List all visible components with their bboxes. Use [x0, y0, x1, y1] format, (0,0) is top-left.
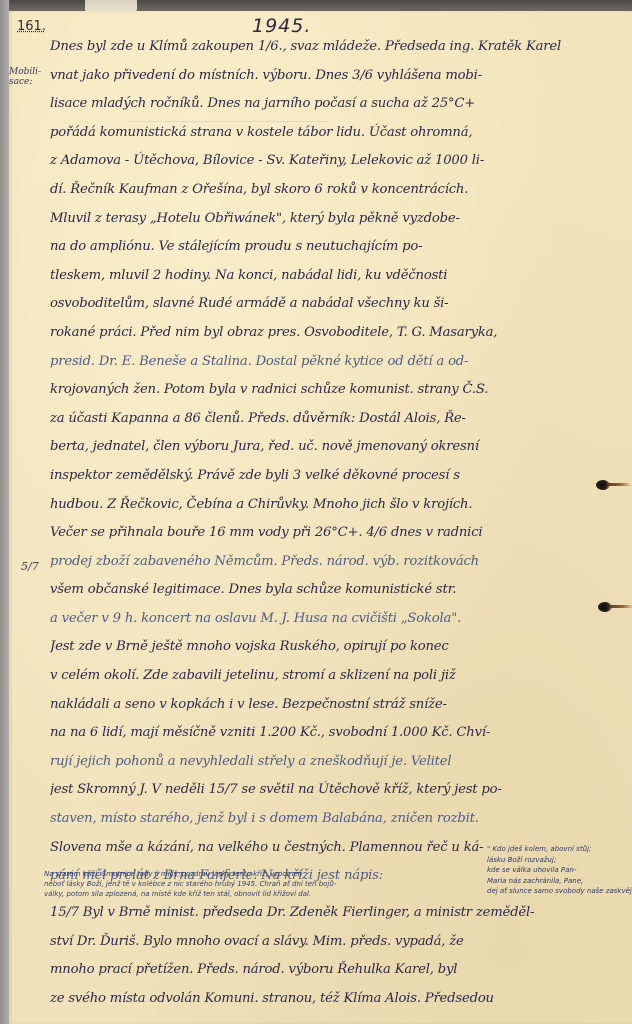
faint-ruling: [129, 121, 329, 122]
poem-line: kde se válka uhovila Pan-: [487, 865, 632, 876]
page-number: 161.: [17, 19, 46, 34]
text-line: rokané práci. Před nim byl obraz pres. O…: [50, 319, 610, 348]
text-line: berta, jednatel, člen výboru Jura, řed. …: [50, 433, 610, 462]
text-line: 15/7 Byl v Brně minist. předseda Dr. Zde…: [50, 899, 615, 928]
inscription-new-cross: " Kdo jdeš kolem, abovní stůj; lásku Bož…: [487, 844, 632, 897]
text-line: Večer se přihnala bouře 16 mm vody při 2…: [50, 519, 610, 548]
handwritten-text-body: Dnes byl zde u Klímů zakoupen 1/6., svaz…: [50, 33, 610, 891]
text-line: jest Skromný J. V neděli 15/7 se světil …: [50, 776, 610, 805]
text-line: prodej zboží zabaveného Němcům. Předs. n…: [50, 548, 610, 577]
inscription-line: války, potom síla zplozená, na místě kde…: [44, 889, 439, 899]
text-line: staven, místo starého, jenž byl i s dome…: [50, 805, 610, 834]
handwritten-text-continuation: 15/7 Byl v Brně minist. předseda Dr. Zde…: [50, 899, 615, 1013]
text-line: Mluvil z terasy „Hotelu Obřiwánek", kter…: [50, 205, 610, 234]
text-line: a večer v 9 h. koncert na oslavu M. J. H…: [50, 605, 610, 634]
binding-string-upper: [608, 483, 630, 486]
text-line: Jest zde v Brně ještě mnoho vojska Ruské…: [50, 633, 610, 662]
inscription-line: neboť lásky Boží, jenž tě v kolébce z ni…: [44, 879, 439, 889]
poem-line: dej ať slunce samo svobody naše zaskvěje…: [487, 886, 632, 897]
text-line: z Adamova - Útěchova, Bílovice - Sv. Kat…: [50, 147, 610, 176]
text-line: nakládali a seno v kopkách i v lese. Bez…: [50, 691, 610, 720]
poem-line: Maria nás zachránila, Pane,: [487, 876, 632, 887]
text-line: v celém okolí. Zde zabavili jetelinu, st…: [50, 662, 610, 691]
text-line: vnat jako přivedení do místních. výboru.…: [50, 62, 610, 91]
text-line: za účasti Kapanna a 86 členů. Předs. dův…: [50, 405, 610, 434]
text-line: inspektor zemědělský. Právě zde byli 3 v…: [50, 462, 610, 491]
text-line: všem občanské legitimace. Dnes byla schů…: [50, 576, 610, 605]
text-line: tleskem, mluvil 2 hodiny. Na konci, nabá…: [50, 262, 610, 291]
inscription-old-cross: Na starém kříži: Smutnice tady ji míjíš,…: [44, 869, 439, 899]
text-line: dí. Řečník Kaufman z Ořešína, byl skoro …: [50, 176, 610, 205]
text-line: pořádá komunistická strana v kostele táb…: [50, 119, 610, 148]
scanner-background-left: [0, 0, 9, 1024]
margin-note-mobilization: Mobili- sace:: [9, 67, 51, 87]
text-line: na do ampliónu. Ve stálejícím proudu s n…: [50, 233, 610, 262]
margin-note-text: Mobili- sace:: [9, 67, 41, 87]
text-line: hudbou. Z Řečkovic, Čebína a Chirůvky. M…: [50, 491, 610, 520]
poem-line: lásku Boží rozvažuj;: [487, 855, 632, 866]
binding-string-lower: [610, 605, 632, 608]
inscription-line: Na starém kříži: Smutnice tady ji míjíš,…: [44, 869, 439, 879]
text-line: krojovaných žen. Potom byla v radnici sc…: [50, 376, 610, 405]
text-line: ství Dr. Ďuriš. Bylo mnoho ovací a slávy…: [50, 928, 615, 957]
poem-line: " Kdo jdeš kolem, abovní stůj;: [487, 844, 632, 855]
text-line: Dnes byl zde u Klímů zakoupen 1/6., svaz…: [50, 33, 610, 62]
text-line: lisace mladých ročníků. Dnes na jarního …: [50, 90, 610, 119]
chronicle-page: 161. 1945. Mobili- sace: 5/7 Dnes byl zd…: [9, 11, 632, 1024]
text-line: presid. Dr. E. Beneše a Stalina. Dostal …: [50, 348, 610, 377]
text-line: ze svého místa odvolán Komuni. stranou, …: [50, 985, 615, 1014]
text-line: na na 6 lidí, mají měsíčně vzniti 1.200 …: [50, 719, 610, 748]
margin-note-date: 5/7: [21, 562, 39, 572]
text-line: osvoboditelům, slavné Rudé armádě a nabá…: [50, 290, 610, 319]
text-line: mnoho prací přetížen. Předs. národ. výbo…: [50, 956, 615, 985]
text-line: rují jejich pohonů a nevyhledali střely …: [50, 748, 610, 777]
